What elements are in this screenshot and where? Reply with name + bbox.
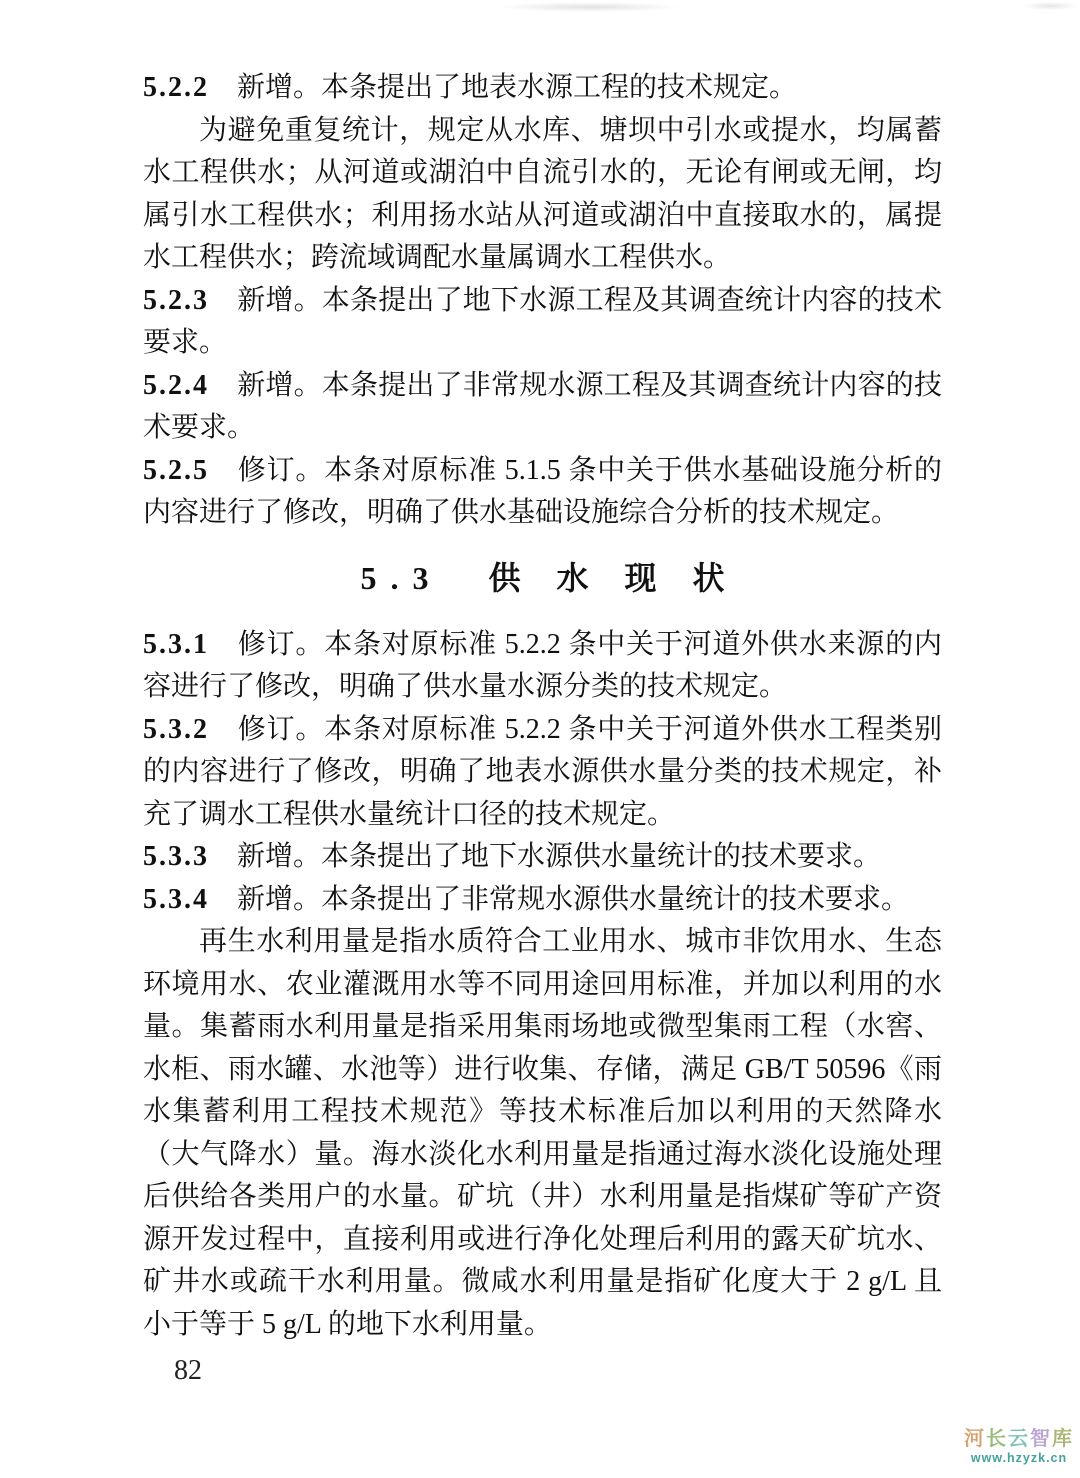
watermark-brand-char: 库 (1052, 1428, 1074, 1450)
body-paragraph: 为避免重复统计，规定从水库、塘坝中引水或提水，均属蓄水工程供水；从河道或湖泊中自… (143, 110, 942, 280)
clause-number: 5.2.3 (143, 285, 209, 316)
clause-text: 新增。本条提出了地下水源工程及其调查统计内容的技术要求。 (143, 285, 942, 359)
clause-number: 5.2.4 (143, 370, 209, 401)
section-5-3: 5.3.1修订。本条对原标准 5.2.2 条中关于河道外供水来源的内容进行了修改… (143, 624, 942, 1347)
clause-text: 修订。本条对原标准 5.2.2 条中关于河道外供水工程类别的内容进行了修改，明确… (143, 714, 942, 830)
page-number: 82 (174, 1354, 202, 1388)
body-paragraph: 再生水利用量是指水质符合工业用水、城市非饮用水、生态环境用水、农业灌溉用水等不同… (143, 921, 942, 1346)
clause-text: 新增。本条提出了非常规水源工程及其调查统计内容的技术要求。 (143, 370, 942, 444)
clause-text: 新增。本条提出了地下水源供水量统计的技术要求。 (237, 841, 881, 872)
section-heading-5-3: 5.3 供 水 现 状 (143, 556, 942, 600)
clause-5-3-2: 5.3.2修订。本条对原标准 5.2.2 条中关于河道外供水工程类别的内容进行了… (143, 709, 942, 837)
scan-smudge (460, 0, 720, 14)
clause-text: 新增。本条提出了非常规水源供水量统计的技术要求。 (237, 884, 909, 915)
clause-5-2-3: 5.2.3新增。本条提出了地下水源工程及其调查统计内容的技术要求。 (143, 280, 942, 365)
clause-number: 5.3.1 (143, 629, 209, 660)
clause-number: 5.2.2 (143, 72, 209, 103)
watermark-url: www.hzyzk.cn (964, 1452, 1074, 1465)
clause-text: 修订。本条对原标准 5.1.5 条中关于供水基础设施分析的内容进行了修改，明确了… (143, 455, 942, 529)
clause-5-3-4: 5.3.4新增。本条提出了非常规水源供水量统计的技术要求。 (143, 879, 942, 922)
clause-number: 5.3.4 (143, 884, 209, 915)
clause-number: 5.3.2 (143, 714, 209, 745)
watermark-brand-char: 长 (986, 1428, 1008, 1450)
paragraph-text: 再生水利用量是指水质符合工业用水、城市非饮用水、生态环境用水、农业灌溉用水等不同… (143, 926, 942, 1340)
clause-text: 修订。本条对原标准 5.2.2 条中关于河道外供水来源的内容进行了修改，明确了供… (143, 629, 942, 703)
clause-5-3-1: 5.3.1修订。本条对原标准 5.2.2 条中关于河道外供水来源的内容进行了修改… (143, 624, 942, 709)
scan-smudge (1010, 0, 1080, 12)
watermark-brand-char: 河 (964, 1428, 986, 1450)
watermark-brand-char: 云 (1008, 1428, 1030, 1450)
watermark: 河长云智库 www.hzyzk.cn (964, 1429, 1074, 1465)
watermark-brand: 河长云智库 (964, 1429, 1074, 1449)
clause-number: 5.3.3 (143, 841, 209, 872)
clause-5-2-4: 5.2.4新增。本条提出了非常规水源工程及其调查统计内容的技术要求。 (143, 365, 942, 450)
clause-5-2-5: 5.2.5修订。本条对原标准 5.1.5 条中关于供水基础设施分析的内容进行了修… (143, 450, 942, 535)
clause-text: 新增。本条提出了地表水源工程的技术规定。 (237, 72, 797, 103)
page-content: 5.2.2新增。本条提出了地表水源工程的技术规定。 为避免重复统计，规定从水库、… (143, 67, 942, 1346)
document-page: 5.2.2新增。本条提出了地表水源工程的技术规定。 为避免重复统计，规定从水库、… (0, 0, 1080, 1478)
clause-5-2-2: 5.2.2新增。本条提出了地表水源工程的技术规定。 (143, 67, 942, 110)
clause-5-3-3: 5.3.3新增。本条提出了地下水源供水量统计的技术要求。 (143, 836, 942, 879)
paragraph-text: 为避免重复统计，规定从水库、塘坝中引水或提水，均属蓄水工程供水；从河道或湖泊中自… (143, 115, 942, 274)
section-5-2: 5.2.2新增。本条提出了地表水源工程的技术规定。 为避免重复统计，规定从水库、… (143, 67, 942, 535)
watermark-brand-char: 智 (1030, 1428, 1052, 1450)
clause-number: 5.2.5 (143, 455, 209, 486)
